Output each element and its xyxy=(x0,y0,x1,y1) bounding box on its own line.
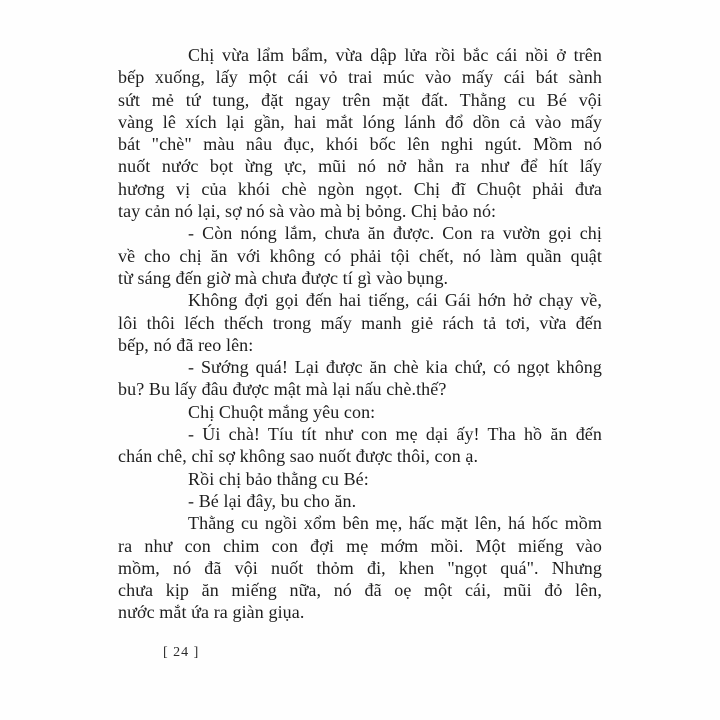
text-line: lôi thôi lếch thếch trong mấy manh giẻ r… xyxy=(118,312,602,334)
page-text-block: Chị vừa lẩm bẩm, vừa dập lửa rồi bắc cái… xyxy=(118,44,602,624)
text-line: bu? Bu lấy đâu được mật mà lại nấu chè.t… xyxy=(118,378,602,400)
text-line: Chị Chuột mắng yêu con: xyxy=(118,401,602,423)
text-line: tay cản nó lại, sợ nó sà vào mà bị bỏng.… xyxy=(118,200,602,222)
text-line: về cho chị ăn với không có phải tội chết… xyxy=(118,245,602,267)
text-line: Thằng cu ngồi xổm bên mẹ, hấc mặt lên, h… xyxy=(118,512,602,534)
paragraph: Rồi chị bảo thằng cu Bé: xyxy=(118,468,602,490)
page-number: [ 24 ] xyxy=(163,645,199,661)
text-line: hương vị của khói chè ngòn ngọt. Chị đĩ … xyxy=(118,178,602,200)
paragraph: Không đợi gọi đến hai tiếng, cái Gái hớn… xyxy=(118,289,602,356)
text-line: bếp xuống, lấy một cái vỏ trai múc vào m… xyxy=(118,66,602,88)
text-line: vàng lê xích lại gần, hai mắt lóng lánh … xyxy=(118,111,602,133)
paragraph: Chị Chuột mắng yêu con: xyxy=(118,401,602,423)
text-line: bát "chè" màu nâu đục, khói bốc lên nghi… xyxy=(118,133,602,155)
book-page: Chị vừa lẩm bẩm, vừa dập lửa rồi bắc cái… xyxy=(0,0,720,720)
paragraph: - Bé lại đây, bu cho ăn. xyxy=(118,490,602,512)
text-line: chưa kịp ăn miếng nữa, nó đã oẹ một cái,… xyxy=(118,579,602,601)
text-line: Không đợi gọi đến hai tiếng, cái Gái hớn… xyxy=(118,289,602,311)
text-line: bếp, nó đã reo lên: xyxy=(118,334,602,356)
text-line: nước mắt ứa ra giàn giụa. xyxy=(118,601,602,623)
text-line: - Sướng quá! Lại được ăn chè kia chứ, có… xyxy=(118,356,602,378)
text-line: nuốt nước bọt ừng ực, mũi nó nở hẳn ra n… xyxy=(118,155,602,177)
text-line: - Còn nóng lắm, chưa ăn được. Con ra vườ… xyxy=(118,222,602,244)
text-line: sứt mẻ tứ tung, đặt ngay trên mặt đất. T… xyxy=(118,89,602,111)
text-line: ra như con chim con đợi mẹ mớm mồi. Một … xyxy=(118,535,602,557)
text-line: - Úi chà! Tíu tít như con mẹ dại ấy! Tha… xyxy=(118,423,602,445)
text-line: từ sáng đến giờ mà chưa được tí gì vào b… xyxy=(118,267,602,289)
paragraph: - Sướng quá! Lại được ăn chè kia chứ, có… xyxy=(118,356,602,401)
paragraph: - Còn nóng lắm, chưa ăn được. Con ra vườ… xyxy=(118,222,602,289)
text-line: - Bé lại đây, bu cho ăn. xyxy=(118,490,602,512)
text-line: Chị vừa lẩm bẩm, vừa dập lửa rồi bắc cái… xyxy=(118,44,602,66)
paragraph: Chị vừa lẩm bẩm, vừa dập lửa rồi bắc cái… xyxy=(118,44,602,222)
paragraph: - Úi chà! Tíu tít như con mẹ dại ấy! Tha… xyxy=(118,423,602,468)
paragraph: Thằng cu ngồi xổm bên mẹ, hấc mặt lên, h… xyxy=(118,512,602,623)
text-line: mồm, nó đã vội nuốt thỏm đi, khen "ngọt … xyxy=(118,557,602,579)
text-line: chán chê, chỉ sợ không sao nuốt được thô… xyxy=(118,445,602,467)
text-line: Rồi chị bảo thằng cu Bé: xyxy=(118,468,602,490)
